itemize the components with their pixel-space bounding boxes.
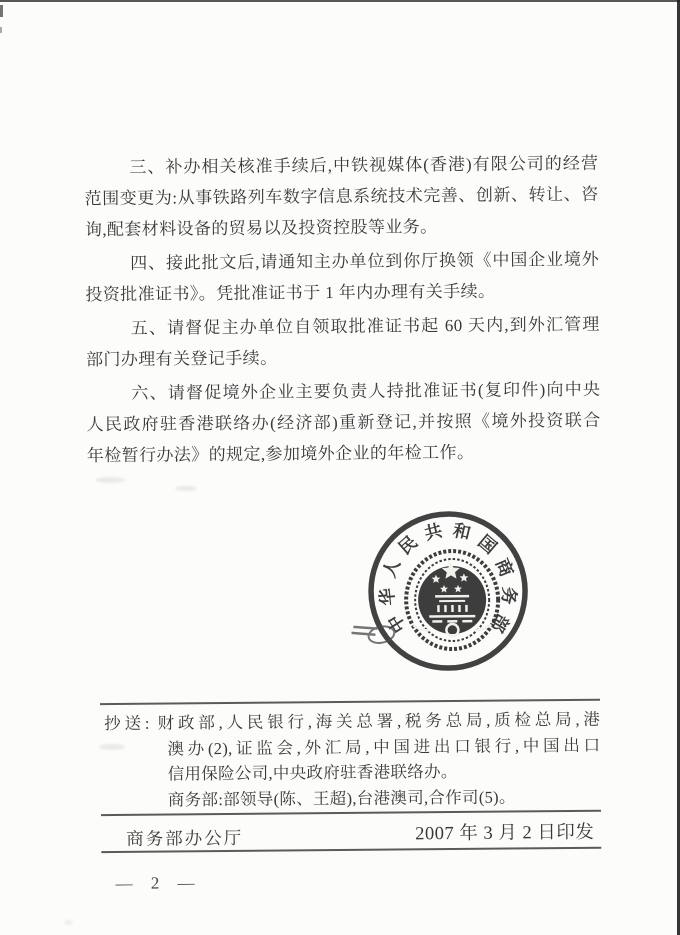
svg-text:务: 务: [498, 586, 519, 605]
paragraph: 六、请督促境外企业主要负责人持批准证书(复印件)向中央人民政府驻香港联络办(经济…: [86, 374, 601, 471]
paragraph: 四、接此批文后,请通知主办单位到你厅换领《中国企业境外投资批准证书》。凭批准证书…: [85, 244, 600, 310]
cc-line: 澳办(2),证监会,外汇局,中国进出口银行,中国出口: [167, 732, 600, 761]
scanned-document-page: 三、补办相关核准手续后,中铁视媒体(香港)有限公司的经营范围变更为:从事铁路列车…: [0, 0, 680, 935]
cc-distribution-block: 抄送: 财政部,人民银行,海关总署,税务总局,质检总局,港澳办(2),证监会,外…: [104, 707, 601, 813]
text-line: 部门办理有关登记手续。: [86, 340, 600, 375]
svg-text:人: 人: [379, 556, 404, 580]
text-line: 投资批准证书》。凭批准证书于 1 年内办理有关手续。: [85, 275, 599, 310]
text-line: 范围变更为:从事铁路列车数字信息系统技术完善、创新、转让、咨: [84, 179, 598, 214]
official-seal: 中华人民共和国商务部: [350, 498, 552, 700]
svg-text:国: 国: [474, 531, 500, 558]
document-body: 三、补办相关核准手续后,中铁视媒体(香港)有限公司的经营范围变更为:从事铁路列车…: [84, 148, 601, 474]
document-content: 三、补办相关核准手续后,中铁视媒体(香港)有限公司的经营范围变更为:从事铁路列车…: [0, 0, 680, 935]
paragraph: 五、请督促主办单位自领取批准证书起 60 天内,到外汇管理部门办理有关登记手续。: [86, 309, 601, 375]
cc-line: 抄送: 财政部,人民银行,海关总署,税务总局,质检总局,港: [104, 707, 600, 737]
text-line: 三、补办相关核准手续后,中铁视媒体(香港)有限公司的经营: [84, 148, 598, 183]
svg-text:和: 和: [451, 520, 473, 543]
svg-text:商: 商: [492, 556, 517, 580]
text-line: 五、请督促主办单位自领取批准证书起 60 天内,到外汇管理: [86, 309, 600, 344]
svg-text:华: 华: [376, 587, 398, 607]
text-line: 六、请督促境外企业主要负责人持批准证书(复印件)向中央: [86, 374, 600, 409]
text-line: 四、接此批文后,请通知主办单位到你厅换领《中国企业境外: [85, 244, 599, 279]
svg-text:中: 中: [384, 611, 410, 637]
text-line: 人民政府驻香港联络办(经济部)重新登记,并按照《境外投资联合: [86, 405, 600, 440]
divider-line: [100, 699, 600, 705]
cc-line: 信用保险公司,中央政府驻香港联络办。: [168, 758, 601, 787]
print-date: 2007 年 3 月 2 日印发: [415, 818, 594, 846]
svg-text:共: 共: [422, 520, 444, 544]
text-line: 年检暂行办法》的规定,参加境外企业的年检工作。: [87, 436, 601, 471]
paragraph: 三、补办相关核准手续后,中铁视媒体(香港)有限公司的经营范围变更为:从事铁路列车…: [84, 148, 599, 245]
text-line: 询,配套材料设备的贸易以及投资控股等业务。: [85, 210, 599, 245]
prc-national-emblem-icon: [406, 551, 499, 650]
page-number: — 2 —: [116, 873, 199, 894]
cc-line: 商务部:部领导(陈、王超),台港澳司,合作司(5)。: [168, 783, 601, 812]
issuing-office: 商务部办公厅: [126, 825, 243, 851]
